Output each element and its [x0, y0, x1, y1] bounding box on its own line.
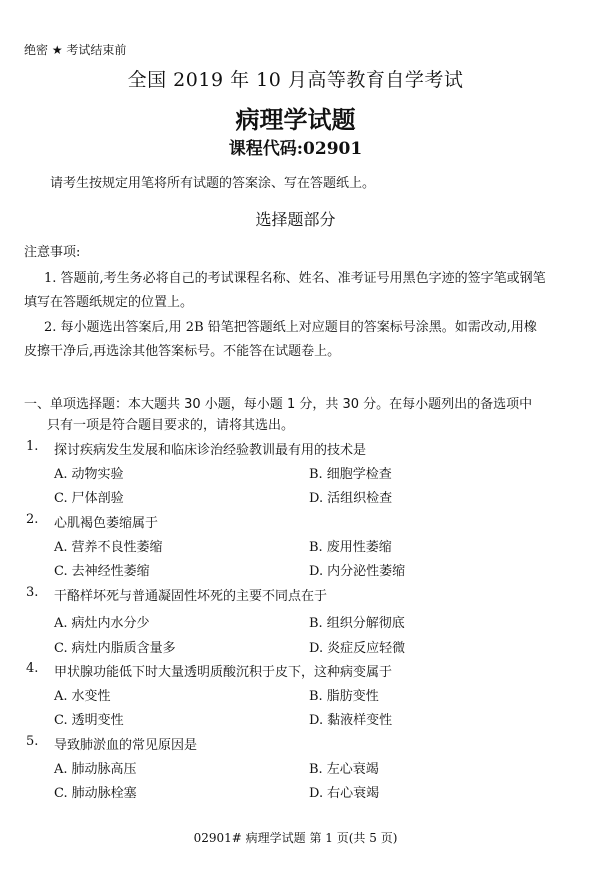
question-text: 干酪样坏死与普通凝固性坏死的主要不同点在于	[54, 585, 327, 604]
note-line: 皮擦干净后,再选涂其他答案标号。不能答在试题卷上。	[24, 340, 340, 359]
course-code: 课程代码:02901	[0, 134, 591, 159]
option-c: C.尸体剖验	[54, 487, 124, 506]
option-a: A.营养不良性萎缩	[54, 536, 163, 555]
part-one-heading: 一、单项选择题：本大题共 30 小题，每小题 1 分，共 30 分。在每小题列出…	[24, 393, 532, 412]
question-text: 导致肺淤血的常见原因是	[54, 734, 197, 753]
question-number: 5.	[26, 734, 38, 749]
question-number: 4.	[26, 661, 38, 676]
option-a: A.病灶内水分少	[54, 612, 150, 631]
confidential-label: 绝密 ★ 考试结束前	[24, 41, 126, 58]
option-b: B.组织分解彻底	[309, 612, 405, 631]
option-b: B.细胞学检查	[309, 463, 392, 482]
option-d: D.活组织检查	[309, 487, 392, 506]
notes-heading: 注意事项:	[24, 241, 80, 260]
note-line: 1. 答题前,考生务必将自己的考试课程名称、姓名、准考证号用黑色字迹的签字笔或钢…	[44, 267, 546, 286]
option-a: A.水变性	[54, 685, 111, 704]
option-d: D.黏液样变性	[309, 709, 392, 728]
exam-title: 全国 2019 年 10 月高等教育自学考试	[0, 65, 591, 92]
option-c: C.肺动脉栓塞	[54, 782, 137, 801]
option-b: B.废用性萎缩	[309, 536, 392, 555]
option-a: A.动物实验	[54, 463, 124, 482]
page-footer: 02901# 病理学试题 第 1 页(共 5 页)	[0, 829, 591, 846]
subject-title: 病理学试题	[0, 100, 591, 135]
question-number: 3.	[26, 585, 38, 600]
exam-instruction: 请考生按规定用笔将所有试题的答案涂、写在答题纸上。	[50, 172, 375, 191]
option-c: C.去神经性萎缩	[54, 560, 150, 579]
option-c: C.病灶内脂质含量多	[54, 637, 176, 656]
note-line: 填写在答题纸规定的位置上。	[24, 291, 193, 310]
option-b: B.左心衰竭	[309, 758, 379, 777]
option-b: B.脂肪变性	[309, 685, 379, 704]
question-number: 1.	[26, 439, 38, 454]
option-c: C.透明变性	[54, 709, 124, 728]
option-d: D.右心衰竭	[309, 782, 379, 801]
option-d: D.内分泌性萎缩	[309, 560, 405, 579]
question-text: 甲状腺功能低下时大量透明质酸沉积于皮下，这种病变属于	[54, 661, 392, 680]
question-text: 心肌褐色萎缩属于	[54, 512, 158, 531]
section-title: 选择题部分	[0, 207, 591, 230]
part-one-heading-cont: 只有一项是符合题目要求的，请将其选出。	[47, 414, 294, 433]
question-text: 探讨疾病发生发展和临床诊治经验教训最有用的技术是	[54, 439, 366, 458]
question-number: 2.	[26, 512, 38, 527]
option-a: A.肺动脉高压	[54, 758, 137, 777]
option-d: D.炎症反应轻微	[309, 637, 405, 656]
note-line: 2. 每小题选出答案后,用 2B 铅笔把答题纸上对应题目的答案标号涂黑。如需改动…	[44, 316, 537, 335]
